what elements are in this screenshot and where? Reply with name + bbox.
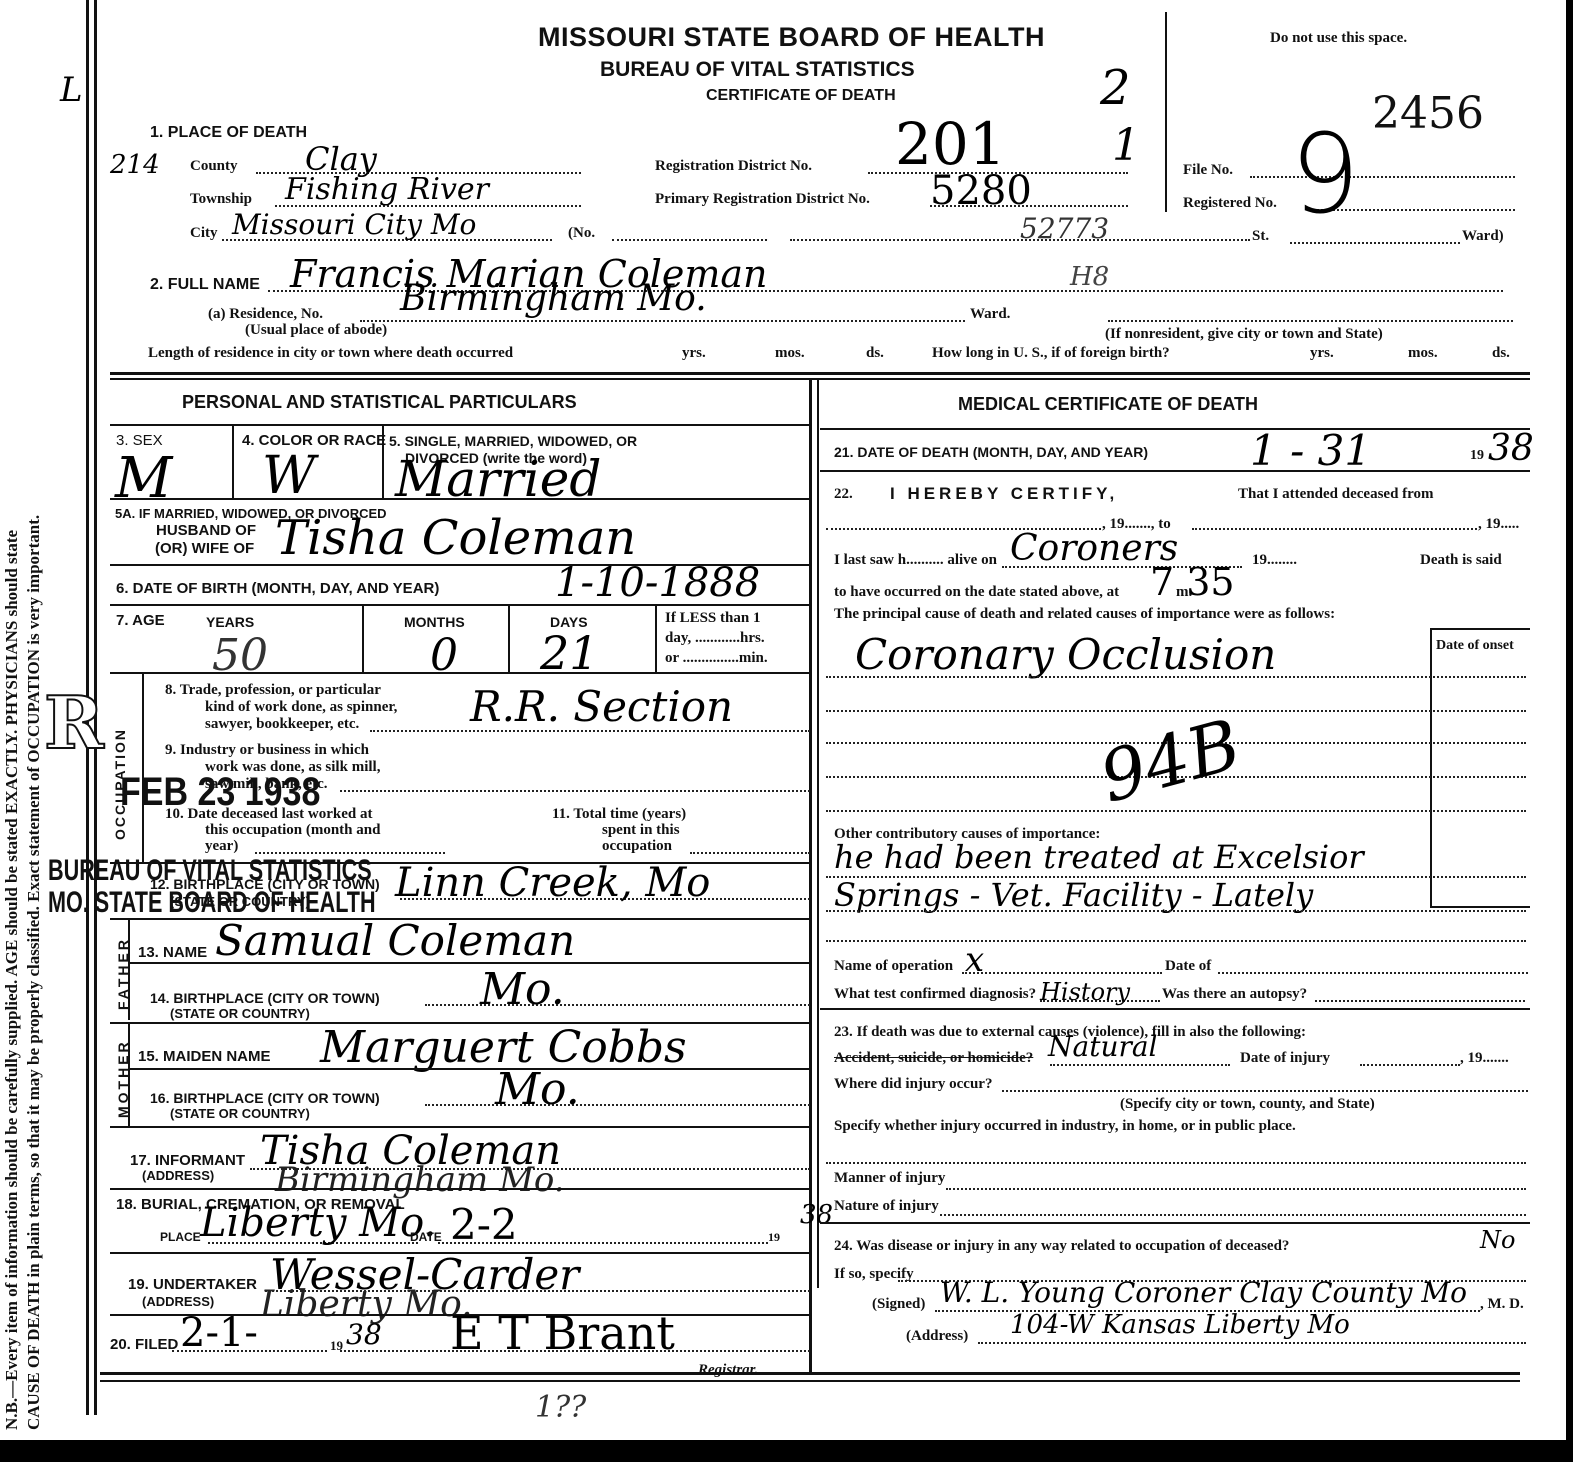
margin-number: 214: [110, 150, 160, 180]
bottom-mark: 1??: [535, 1390, 586, 1425]
occupation-side-rule: [142, 674, 144, 864]
accident-value: Natural: [1048, 1030, 1158, 1063]
months-label: MONTHS: [404, 614, 465, 630]
row3-rule: [110, 498, 810, 500]
mother-side-rule: [128, 1024, 130, 1126]
age-label: 7. AGE: [116, 612, 165, 629]
signed-label: (Signed): [872, 1296, 925, 1313]
header-separator-1: [110, 372, 1530, 375]
residence-sublabel: (Usual place of abode): [245, 322, 387, 339]
test-label: What test confirmed diagnosis?: [834, 986, 1036, 1003]
filed-label: 20. FILED: [110, 1336, 178, 1353]
form-subtitle: BUREAU OF VITAL STATISTICS: [600, 58, 915, 82]
informant-addr-value: Birmingham Mo.: [275, 1160, 565, 1200]
onset-column-rule: [1430, 628, 1432, 908]
length-residence-label: Length of residence in city or town wher…: [148, 345, 513, 362]
signed-value: W. L. Young Coroner Clay County Mo: [940, 1276, 1467, 1309]
registered-no-value: 9: [1290, 110, 1360, 238]
burial-date-label: DATE: [410, 1230, 442, 1244]
ward-field[interactable]: [1290, 242, 1460, 244]
other-causes-value-1: he had been treated at Excelsior: [834, 838, 1364, 876]
trade-label-3: sawyer, bookkeeper, etc.: [205, 716, 359, 733]
father-side-rule: [128, 920, 130, 1020]
personal-title-rule: [110, 424, 810, 426]
burial-year-prefix: 19: [768, 1230, 780, 1245]
mother-bp-value: Mo.: [495, 1064, 580, 1115]
residence-field[interactable]: [360, 320, 965, 322]
race-value: W: [262, 446, 315, 506]
operation-field[interactable]: [962, 972, 1162, 974]
occ-related-value: No: [1480, 1226, 1515, 1254]
manner-injury-label: Manner of injury: [834, 1170, 945, 1187]
nature-injury-field[interactable]: [940, 1214, 1526, 1216]
street-value: 52773: [1020, 212, 1109, 245]
test-value: History: [1040, 978, 1130, 1006]
occurred-label: to have occurred on the date stated abov…: [834, 584, 1119, 601]
address-value: 104-W Kansas Liberty Mo: [1010, 1310, 1350, 1340]
full-name-note: H8: [1070, 262, 1109, 292]
death-said-label: Death is said: [1420, 552, 1502, 569]
occ-related-label: 24. Was disease or injury in any way rel…: [834, 1238, 1289, 1255]
township-value: Fishing River: [285, 172, 489, 207]
reg-district-label: Registration District No.: [655, 158, 812, 175]
where-injury-field[interactable]: [1002, 1090, 1528, 1092]
age-divider-2: [508, 606, 510, 672]
registered-no-label: Registered No.: [1183, 195, 1277, 212]
foreign-ds: ds.: [1492, 345, 1510, 362]
county-label: County: [190, 158, 238, 175]
injury-year: , 19.......: [1460, 1050, 1509, 1067]
residence-value: Birmingham Mo.: [400, 278, 707, 319]
sex-value: M: [115, 446, 172, 511]
registrar-label: Registrar.: [698, 1362, 758, 1379]
certify-text: That I attended deceased from: [1238, 486, 1434, 503]
specify-city-note: (Specify city or town, county, and State…: [1120, 1096, 1375, 1113]
less-label-1: If LESS than 1: [665, 610, 760, 627]
date-of-label: Date of: [1165, 958, 1211, 975]
ward-label: Ward): [1462, 228, 1504, 245]
burial-place-value: Liberty Mo.: [200, 1200, 436, 1246]
trade-value: R.R. Section: [470, 682, 733, 731]
cause-value: Coronary Occlusion: [855, 630, 1276, 679]
township-label: Township: [190, 191, 252, 208]
city-label: City: [190, 225, 218, 242]
md-label: , M. D.: [1480, 1296, 1524, 1313]
form-title: MISSOURI STATE BOARD OF HEALTH: [538, 22, 1045, 53]
dod-year-prefix: 19: [1470, 448, 1484, 464]
injury-date-field[interactable]: [1360, 1064, 1460, 1066]
undertaker-label: 19. UNDERTAKER: [128, 1276, 257, 1293]
lastsaw-label: I last saw h.......... alive on: [834, 552, 997, 569]
trade-label-2: kind of work done, as spinner,: [205, 699, 397, 716]
file-no-label: File No.: [1183, 162, 1233, 179]
informant-label: 17. INFORMANT: [130, 1152, 245, 1169]
margin-note-line2: CAUSE OF DEATH in plain terms, so that i…: [24, 10, 44, 1430]
occurred-suffix: m.: [1176, 584, 1192, 601]
code-mark: 94B: [1092, 703, 1249, 819]
bottom-rule-1: [100, 1372, 1520, 1375]
file-number-stamp: 2456: [1372, 88, 1484, 139]
scan-right-border: [1566, 0, 1573, 1462]
dod-rule: [820, 470, 1530, 472]
residence-ward-label: Ward.: [970, 306, 1010, 323]
full-name-label: 2. FULL NAME: [150, 276, 260, 294]
other-causes-value-2: Springs - Vet. Facility - Lately: [834, 876, 1313, 914]
certify-number: 22.: [834, 486, 853, 503]
other-causes-line-2[interactable]: [826, 910, 1526, 912]
address-field[interactable]: [978, 1342, 1526, 1344]
header-divider: [1165, 12, 1167, 212]
industry-label-1: 9. Industry or business in which: [165, 742, 369, 759]
less-label-2: day, ............hrs.: [665, 630, 765, 647]
undertaker-addr-label: (ADDRESS): [142, 1294, 214, 1309]
city-value: Missouri City Mo: [232, 208, 476, 241]
length-yrs: yrs.: [682, 345, 706, 362]
medical-section-title: MEDICAL CERTIFICATE OF DEATH: [958, 394, 1258, 415]
cause-line-2[interactable]: [826, 710, 1526, 712]
row6-rule: [110, 604, 810, 606]
father-name-value: Samual Coleman: [215, 916, 575, 965]
age-divider-1: [362, 606, 364, 672]
date-onset-label: Date of onset: [1436, 638, 1514, 654]
spouse-value: Tisha Coleman: [275, 510, 636, 566]
filed-year-value: 38: [346, 1318, 382, 1351]
nonresident-field[interactable]: [1108, 320, 1513, 322]
marital-label-1: 5. SINGLE, MARRIED, WIDOWED, OR: [389, 433, 637, 449]
cause-line-5[interactable]: [826, 810, 1526, 812]
date-of-field[interactable]: [1218, 972, 1528, 974]
age-divider-3: [655, 606, 657, 672]
mother-name-label: 15. MAIDEN NAME: [138, 1048, 271, 1065]
father-name-rule: [130, 962, 810, 964]
principal-cause-label: The principal cause of death and related…: [834, 606, 1335, 623]
mother-name-rule: [130, 1068, 810, 1070]
primary-reg-value: 5280: [930, 168, 1032, 214]
certify-heading: I HEREBY CERTIFY,: [890, 484, 1118, 504]
corner-mark: L: [60, 70, 83, 110]
filed-value: 2-1-: [180, 1310, 258, 1356]
totaltime-label-1: 11. Total time (years): [552, 806, 686, 823]
father-bp-label-2: (STATE OR COUNTRY): [170, 1006, 310, 1021]
mother-bp-field[interactable]: [425, 1104, 810, 1106]
accident-field[interactable]: [1050, 1064, 1230, 1066]
nonresident-note: (If nonresident, give city or town and S…: [1105, 326, 1383, 343]
registrar-signature: E T Brant: [450, 1306, 675, 1360]
mother-bp-label-2: (STATE OR COUNTRY): [170, 1106, 310, 1121]
sex-divider: [232, 426, 234, 498]
margin-note-line1: N.B.—Every item of information should be…: [2, 10, 22, 1430]
autopsy-field[interactable]: [1315, 1000, 1525, 1002]
bureau-stamp-line2: MO. STATE BOARD OF HEALTH: [48, 886, 376, 920]
attended-to-year: , 19.....: [1478, 516, 1519, 533]
corner-handwritten-2: 2: [1100, 60, 1131, 116]
header-separator-2: [110, 378, 1530, 380]
do-not-use-note: Do not use this space.: [1270, 30, 1407, 47]
nature-injury-label: Nature of injury: [834, 1198, 939, 1215]
dob-label: 6. DATE OF BIRTH (MONTH, DAY, AND YEAR): [116, 580, 439, 597]
burial-date-value: 2-2: [450, 1200, 518, 1249]
totaltime-label-2: spent in this: [602, 822, 680, 839]
accident-label: Accident, suicide, or homicide?: [834, 1050, 1033, 1067]
specify-whether-label: Specify whether injury occurred in indus…: [834, 1118, 1296, 1135]
less-label-3: or ...............min.: [665, 650, 768, 667]
injury-date-label: Date of injury: [1240, 1050, 1330, 1067]
mother-bp-label-1: 16. BIRTHPLACE (CITY OR TOWN): [150, 1090, 380, 1106]
diagnosis-rule: [820, 1008, 1530, 1010]
totaltime-label-3: occupation: [602, 838, 672, 855]
address-label: (Address): [906, 1328, 968, 1345]
row7-rule: [110, 672, 810, 674]
foreign-mos: mos.: [1408, 345, 1438, 362]
received-stamp-letter: R: [44, 680, 104, 765]
primary-reg-label: Primary Registration District No.: [655, 191, 870, 208]
personal-section-title: PERSONAL AND STATISTICAL PARTICULARS: [182, 392, 577, 413]
foreign-yrs: yrs.: [1310, 345, 1334, 362]
dod-year-value: 38: [1488, 428, 1534, 469]
dod-label: 21. DATE OF DEATH (MONTH, DAY, AND YEAR): [834, 444, 1148, 460]
column-divider-right: [817, 378, 819, 1288]
lastworked-label-3: year): [205, 838, 238, 855]
totaltime-field[interactable]: [690, 852, 810, 854]
manner-injury-field[interactable]: [946, 1188, 1526, 1190]
dob-value: 1-10-1888: [555, 560, 760, 606]
residence-label: (a) Residence, No.: [208, 306, 323, 323]
race-divider: [382, 426, 384, 498]
father-name-label: 13. NAME: [138, 944, 207, 961]
medical-title-rule: [820, 428, 1530, 430]
street-label: St.: [1252, 228, 1269, 245]
length-mos: mos.: [775, 345, 805, 362]
scan-bottom-border: [0, 1440, 1573, 1462]
street-no-field[interactable]: [612, 239, 767, 241]
where-injury-label: Where did injury occur?: [834, 1076, 992, 1093]
operation-label: Name of operation: [834, 958, 953, 975]
industry-field[interactable]: [340, 790, 810, 792]
attended-to-field[interactable]: [1192, 528, 1477, 530]
autopsy-label: Was there an autopsy?: [1162, 986, 1307, 1003]
spouse-label-3: (OR) WIFE OF: [155, 540, 254, 557]
dod-value: 1 - 31: [1250, 426, 1371, 475]
onset-bottom-rule: [1430, 906, 1530, 908]
corner-handwritten-1: 1: [1112, 120, 1140, 171]
years-label: YEARS: [206, 614, 254, 630]
spouse-label-2: HUSBAND OF: [156, 522, 256, 539]
received-stamp-date: FEB 23 1938: [120, 770, 320, 815]
other-causes-line-3[interactable]: [826, 940, 1526, 942]
bottom-rule-2: [100, 1380, 1520, 1382]
length-ds: ds.: [866, 345, 884, 362]
father-bp-label-1: 14. BIRTHPLACE (CITY OR TOWN): [150, 990, 380, 1006]
burial-place-label: PLACE: [160, 1230, 201, 1244]
occurred-value: 7 35: [1150, 560, 1235, 604]
foreign-birth-label: How long in U. S., if of foreign birth?: [932, 345, 1170, 362]
burial-year-value: 38: [800, 1200, 833, 1230]
injury-rule: [820, 1222, 1530, 1224]
trade-label-1: 8. Trade, profession, or particular: [165, 682, 381, 699]
lastsaw-year: 19........: [1252, 552, 1297, 569]
onset-top-rule: [1430, 628, 1530, 630]
lastworked-label-2: this occupation (month and: [205, 822, 380, 839]
father-bp-value: Mo.: [480, 964, 565, 1015]
informant-addr-label: (ADDRESS): [142, 1168, 214, 1183]
operation-value: x: [965, 940, 984, 980]
form-doc-type: CERTIFICATE OF DEATH: [706, 87, 896, 105]
street-no-label: (No.: [568, 225, 595, 242]
specify-whether-field[interactable]: [826, 1162, 1526, 1164]
informant-rule: [110, 1188, 810, 1190]
place-of-death-label: 1. PLACE OF DEATH: [150, 124, 307, 142]
bureau-stamp-line1: BUREAU OF VITAL STATISTICS: [48, 854, 372, 888]
cause-line-1[interactable]: [826, 676, 1526, 678]
birthplace-value: Linn Creek, Mo: [395, 860, 710, 906]
